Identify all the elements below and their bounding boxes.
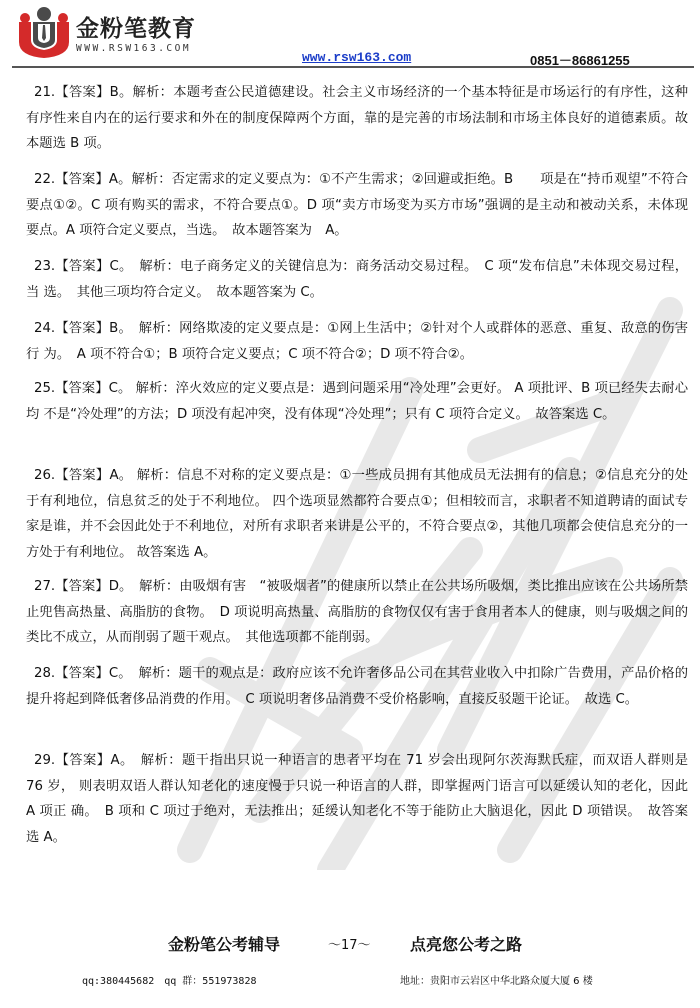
answer-item-27: 27.【答案】D。 解析：由吸烟有害 “被吸烟者”的健康所以禁止在公共场所吸烟，…: [26, 574, 688, 651]
footer-contact: qq:380445682 qq 群：551973828 地址：贵阳市云岩区中华北…: [0, 972, 700, 992]
website-link[interactable]: www.rsw163.com: [302, 50, 411, 65]
answer-item-26: 26.【答案】A。 解析：信息不对称的定义要点是：①一些成员拥有其他成员无法拥有…: [26, 463, 688, 565]
footer-slogan-right: 点亮您公考之路: [410, 932, 522, 955]
answer-item-22: 22.【答案】A。解析：否定需求的定义要点为：①不产生需求；②回避或拒绝。B 项…: [26, 167, 688, 244]
answer-item-28: 28.【答案】C。 解析：题干的观点是：政府应该不允许奢侈品公司在其营业收入中扣…: [26, 661, 688, 712]
qq-contact: qq:380445682 qq 群：551973828: [82, 972, 257, 987]
footer-slogan-left: 金粉笔公考辅导: [168, 932, 280, 955]
answer-item-21: 21.【答案】B。解析：本题考查公民道德建设。社会主义市场经济的一个基本特征是市…: [26, 80, 688, 157]
answer-item-24: 24.【答案】B。 解析：网络欺凌的定义要点是：①网上生活中；②针对个人或群体的…: [26, 316, 688, 367]
header-divider: [12, 66, 694, 68]
brand-url: WWW.RSW163.COM: [76, 43, 191, 54]
answer-item-23: 23.【答案】C。 解析：电子商务定义的关键信息为：商务活动交易过程。 C 项“…: [26, 254, 688, 305]
page-footer: 金粉笔公考辅导 ～17～ 点亮您公考之路: [0, 932, 700, 956]
page-number: ～17～: [328, 934, 371, 953]
address: 地址：贵阳市云岩区中华北路众厦大厦 6 楼: [400, 972, 593, 987]
rsw-logo-icon: [16, 6, 72, 58]
brand-name: 金粉笔教育: [76, 10, 196, 43]
answer-item-29: 29.【答案】A。 解析：题干指出只说一种语言的患者平均在 71 岁会出现阿尔茨…: [26, 748, 688, 850]
answer-item-25: 25.【答案】C。 解析：淬火效应的定义要点是：遇到问题采用“冷处理”会更好。 …: [26, 376, 688, 427]
page-header: 金粉笔教育 WWW.RSW163.COM www.rsw163.com 0851…: [0, 0, 700, 70]
